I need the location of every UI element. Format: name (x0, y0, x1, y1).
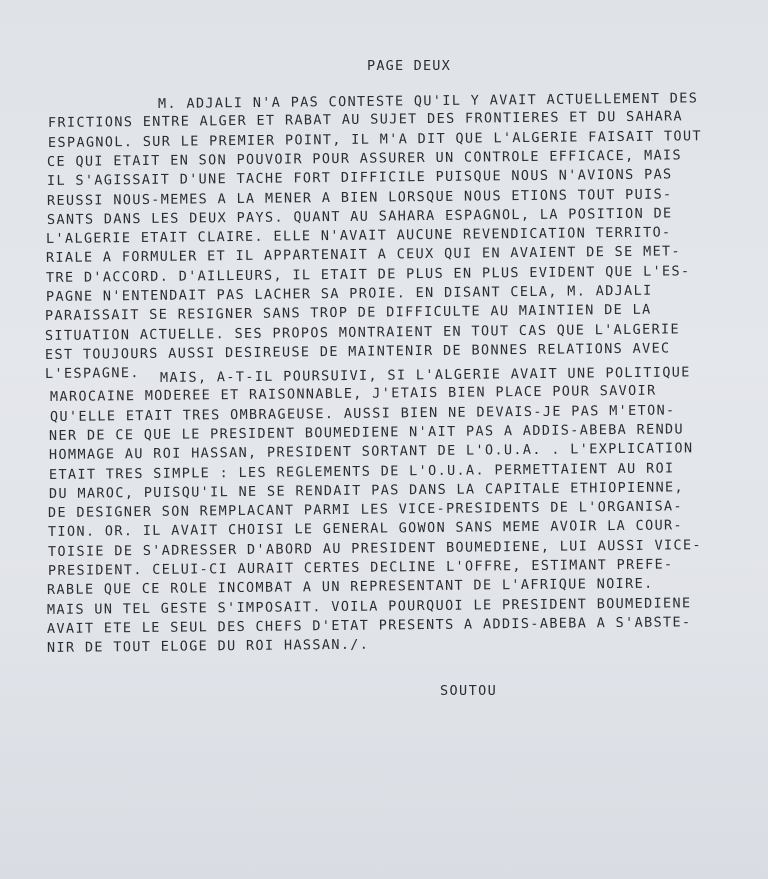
document-page: PAGE DEUX M. ADJALI N'A PAS CONTESTE QU'… (0, 0, 768, 879)
text-line: SITUATION ACTUELLE. SES PROPOS MONTRAIEN… (45, 321, 680, 344)
text-line: HOMMAGE AU ROI HASSAN, PRESIDENT SORTANT… (49, 440, 694, 463)
text-line: MAIS UN TEL GESTE S'IMPOSAIT. VOILA POUR… (47, 595, 692, 618)
text-line: REUSSI NOUS-MEMES A LA MENER A BIEN LORS… (47, 186, 673, 209)
text-line: RIALE A FORMULER ET IL APPARTENAIT A CEU… (46, 244, 681, 267)
text-line: ESPAGNOL. SUR LE PREMIER POINT, IL M'A D… (47, 128, 701, 151)
text-line: L'ESPAGNE. (45, 365, 140, 382)
text-line: AVAIT ETE LE SEUL DES CHEFS D'ETAT PRESE… (47, 614, 692, 637)
text-line: NIR DE TOUT ELOGE DU ROI HASSAN./. (47, 637, 369, 656)
text-line: MAROCAINE MODEREE ET RAISONNABLE, J'ETAI… (50, 383, 657, 405)
signature: SOUTOU (440, 683, 497, 699)
text-line: TION. OR. IL AVAIT CHOISI LE GENERAL GOW… (48, 518, 683, 541)
text-line: QU'ELLE ETAIT TRES OMBRAGEUSE. AUSSI BIE… (49, 402, 675, 425)
text-line: RABLE QUE CE ROLE INCOMBAT A UN REPRESEN… (47, 576, 654, 598)
text-line: EST TOUJOURS AUSSI DESIREUSE DE MAINTENI… (45, 340, 671, 363)
text-line: PARAISSAIT SE RESIGNER SANS TROP DE DIFF… (45, 302, 652, 324)
text-line: SANTS DANS LES DEUX PAYS. QUANT AU SAHAR… (47, 205, 673, 228)
text-line: FRICTIONS ENTRE ALGER ET RABAT AU SUJET … (48, 109, 683, 132)
text-line: ETAIT TRES SIMPLE : LES REGLEMENTS DE L'… (49, 460, 675, 483)
page-title: PAGE DEUX (0, 58, 768, 74)
text-line: IL S'AGISSAIT D'UNE TACHE FORT DIFFICILE… (47, 167, 673, 190)
